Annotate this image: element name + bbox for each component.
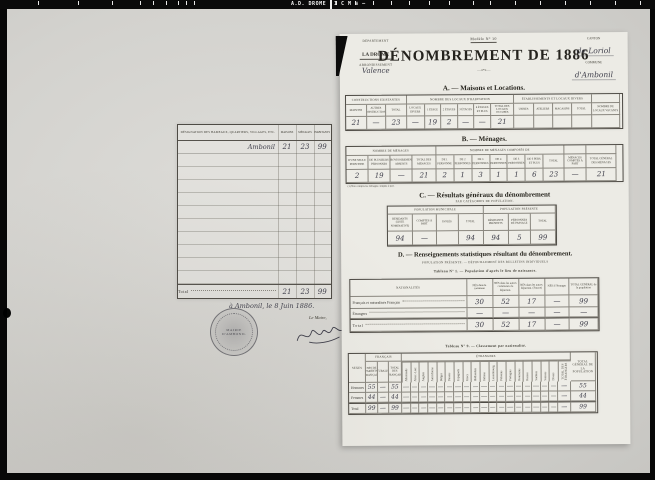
commune-label: COMMUNE bbox=[564, 60, 624, 64]
census-value: 21 bbox=[491, 116, 515, 129]
empty-row bbox=[178, 193, 331, 206]
column-header: TOTAL bbox=[458, 214, 483, 231]
census-total-value bbox=[420, 402, 429, 413]
census-total-value bbox=[454, 402, 463, 413]
census-value bbox=[515, 382, 524, 392]
canton-name: de Loriol bbox=[574, 46, 614, 56]
census-total-value bbox=[506, 402, 515, 413]
census-value bbox=[572, 115, 591, 128]
census-total-value: — bbox=[378, 403, 389, 414]
nationality-column-header: Suédois bbox=[532, 361, 541, 382]
section-c-title: C. — Résultats généraux du dénombrement bbox=[341, 190, 629, 200]
empty-row bbox=[178, 232, 331, 245]
column-header: AUTRES CONSTRUCTIONS bbox=[367, 105, 386, 117]
census-total-value: — bbox=[545, 317, 570, 330]
hamlet-name: Ambonil bbox=[178, 141, 278, 153]
census-value bbox=[402, 383, 411, 393]
census-value: — bbox=[565, 168, 587, 181]
census-value bbox=[541, 392, 550, 402]
census-value: 1 bbox=[508, 169, 526, 182]
census-value: 99 bbox=[531, 231, 556, 245]
hamlet-row: Ambonil 212399 bbox=[178, 141, 331, 154]
census-value: 2 bbox=[347, 170, 369, 183]
census-total-value: 99 bbox=[367, 403, 378, 414]
column-header: TOTAL GÉNÉRAL de la population bbox=[570, 278, 599, 295]
nationality-column-header: Roumains bbox=[515, 361, 524, 382]
archive-label: A.D. DROME bbox=[291, 1, 326, 7]
column-header: NOMBRE DE LOCAUX VACANTS bbox=[592, 103, 621, 115]
column-header: 2 ÉTAGES bbox=[441, 104, 458, 116]
column-header: 4 ÉTAGES ET PLUS bbox=[474, 104, 491, 116]
census-value bbox=[550, 391, 559, 401]
hamlet-total-value: 23 bbox=[296, 285, 314, 298]
hamlet-table-header: DÉSIGNATION DES HAMEAUX, QUARTIERS, VILL… bbox=[178, 125, 331, 141]
census-value bbox=[463, 382, 472, 392]
census-value bbox=[471, 382, 480, 392]
census-value: — bbox=[570, 307, 599, 317]
column-header: TOTAL bbox=[531, 214, 556, 231]
census-total-value bbox=[532, 402, 541, 413]
nationality-column-header: Hollandais bbox=[471, 361, 480, 382]
column-header: NÉS dans les autres communes du départem… bbox=[493, 279, 519, 296]
census-form-page: DÉPARTEMENT LA DROME ARRONDISSEMENT Vale… bbox=[340, 32, 631, 446]
row-label: Hommes bbox=[349, 383, 366, 393]
empty-row bbox=[178, 154, 331, 167]
census-value bbox=[549, 381, 558, 391]
stamp-line2: D'AMBONIL bbox=[222, 332, 246, 336]
group-header: POPULATION MUNICIPALE bbox=[388, 206, 484, 215]
census-value: 19 bbox=[425, 116, 442, 129]
census-value bbox=[498, 392, 507, 402]
film-clip-shadow bbox=[336, 36, 348, 76]
tableau9-title: Tableau N° 9. — Classement par nationali… bbox=[342, 343, 630, 349]
hamlet-total-value: 99 bbox=[314, 285, 331, 298]
group-header bbox=[586, 145, 616, 154]
commune-name: d'Ambonil bbox=[572, 70, 616, 80]
column-header: NÉS à l'étranger bbox=[545, 278, 570, 295]
census-value: 2 bbox=[436, 169, 454, 182]
census-value: — bbox=[545, 307, 570, 317]
nationality-column-header: Grecs bbox=[463, 361, 472, 382]
arrondissement-name: Valence bbox=[346, 67, 406, 75]
microfilm-scan: A.D. DROME I C M ≡ — DÉSIGNATION DES HAM… bbox=[0, 0, 655, 480]
census-total-value bbox=[446, 402, 455, 413]
census-total-value bbox=[437, 402, 446, 413]
column-header: TOTAL DES LOCAUX OCCUPÉS bbox=[491, 104, 515, 116]
census-value: 55 bbox=[366, 383, 377, 393]
census-value bbox=[463, 392, 472, 402]
census-value bbox=[437, 392, 446, 402]
census-total-value: — bbox=[558, 401, 571, 412]
census-value bbox=[445, 382, 454, 392]
census-total-value: 99 bbox=[570, 317, 599, 330]
census-total-value bbox=[515, 402, 524, 413]
title-ornament: —«•»— bbox=[340, 66, 628, 73]
census-value: 5 bbox=[509, 231, 531, 245]
census-value: 23 bbox=[386, 117, 407, 130]
census-value bbox=[411, 382, 420, 392]
hamlet-column-header: HABITANTS bbox=[314, 125, 331, 140]
column-header: PERSONNES DE PASSAGE bbox=[509, 214, 531, 231]
hamlet-value: 23 bbox=[296, 141, 314, 153]
census-value bbox=[489, 382, 498, 392]
certification-date: à Ambonil, le 8 Juin 1886. bbox=[229, 302, 314, 310]
census-value: 30 bbox=[467, 296, 493, 308]
mayor-signature bbox=[294, 319, 349, 353]
empty-row bbox=[178, 167, 331, 180]
film-code-label: I C M ≡ — bbox=[334, 1, 366, 7]
column-header: DE 3 PERSONNES bbox=[472, 155, 490, 169]
group-header: FRANÇAIS bbox=[366, 354, 402, 362]
census-value: — bbox=[493, 308, 519, 318]
group-header: ÉTRANGERS bbox=[402, 352, 571, 361]
total-row-label: Total bbox=[349, 403, 366, 414]
department-block: DÉPARTEMENT LA DROME ARRONDISSEMENT Vale… bbox=[346, 39, 406, 75]
census-value bbox=[411, 392, 420, 402]
nationalites-header: NATIONALITÉS bbox=[350, 279, 467, 297]
section-d-subtitle: POPULATION PRÉSENTE. — DÉPOUILLEMENT DES… bbox=[341, 259, 629, 265]
census-value bbox=[480, 382, 489, 392]
census-value: 55 bbox=[389, 383, 402, 393]
census-value bbox=[532, 392, 541, 402]
census-value: — bbox=[545, 295, 570, 307]
tableau9-table: SEXES FRANÇAIS ÉTRANGERS TOTAL GÉNÉRAL D… bbox=[348, 351, 598, 415]
group-header: ÉTABLISSEMENTS ET LOCAUX DIVERS bbox=[514, 94, 591, 104]
canton-block: CANTON de Loriol COMMUNE d'Ambonil bbox=[564, 36, 624, 82]
census-value: 94 bbox=[388, 232, 413, 246]
column-header: NÉS DE PARENTS FRANÇAIS bbox=[366, 362, 378, 383]
tableau1-title: Tableau N° 1. — Population d'après le li… bbox=[341, 268, 629, 274]
section-c-subtitle: PAR CATÉGORIES DE POPULATION. bbox=[341, 198, 629, 204]
census-value bbox=[523, 382, 532, 392]
census-total-value: 52 bbox=[493, 318, 519, 331]
row-label: Femmes bbox=[349, 393, 366, 403]
census-value bbox=[532, 382, 541, 392]
census-value: — bbox=[519, 308, 545, 318]
column-header: NATURALISÉS bbox=[378, 362, 389, 383]
census-value bbox=[428, 392, 437, 402]
dotted-leader bbox=[369, 311, 464, 313]
dotted-leader bbox=[191, 290, 276, 291]
census-total-value bbox=[402, 403, 411, 414]
section-a-table: CONSTRUCTIONS EXISTANTES NOMBRE DES LOCA… bbox=[345, 93, 623, 131]
group-header: NOMBRE DES LOCAUX D'HABITATION bbox=[407, 95, 515, 105]
census-value: 44 bbox=[389, 393, 402, 403]
row-label: Français et naturalisés Français bbox=[350, 296, 467, 309]
dotted-leader bbox=[365, 323, 464, 325]
group-header: NOMBRE DE MÉNAGES bbox=[346, 146, 436, 156]
census-value: 19 bbox=[369, 170, 391, 183]
film-ruler-bar: A.D. DROME I C M ≡ — bbox=[0, 0, 655, 9]
column-header: TOTAL GÉNÉRAL DES MÉNAGES bbox=[586, 154, 616, 168]
census-total-value: 99 bbox=[571, 401, 596, 412]
empty-row bbox=[178, 219, 331, 232]
hamlet-total-value: 21 bbox=[278, 285, 296, 298]
group-header: CONSTRUCTIONS EXISTANTES bbox=[346, 96, 407, 105]
column-header: TOTAL bbox=[544, 154, 565, 168]
stamp-line1: MAIRIE bbox=[226, 328, 241, 332]
section-c-table: POPULATION MUNICIPALE POPULATION PRÉSENT… bbox=[387, 204, 557, 246]
column-header: MÉNAGES COMPTÉS À PART bbox=[564, 154, 586, 168]
census-value bbox=[497, 382, 506, 392]
census-value bbox=[402, 393, 411, 403]
census-value bbox=[437, 382, 446, 392]
column-header: TOTAL DES FRANÇAIS bbox=[389, 362, 403, 383]
row-label-text: Français et naturalisés Français bbox=[352, 300, 400, 304]
group-header bbox=[564, 145, 586, 154]
census-total-value bbox=[541, 402, 550, 413]
column-header: USINES bbox=[514, 104, 533, 116]
nationality-column-header: Divers bbox=[549, 360, 558, 381]
census-value bbox=[541, 382, 550, 392]
film-edge-nick bbox=[3, 308, 11, 318]
hamlet-column-header: MÉNAGES bbox=[296, 125, 314, 140]
empty-row bbox=[178, 258, 331, 271]
tableau1-table: NATIONALITÉS NÉS dans la communeNÉS dans… bbox=[349, 277, 599, 333]
census-total-value: 99 bbox=[389, 403, 402, 414]
census-value: 23 bbox=[544, 168, 565, 181]
census-total-value bbox=[498, 402, 507, 413]
nationality-column-header: Portugais bbox=[506, 361, 515, 382]
census-value bbox=[480, 392, 489, 402]
column-header: TOTAL bbox=[386, 105, 407, 117]
census-value bbox=[534, 116, 553, 129]
column-header: TOTAL bbox=[572, 103, 591, 115]
nationality-column-header: Suisses bbox=[541, 361, 550, 382]
census-value bbox=[553, 115, 572, 128]
nationality-column-header: Autrichiens bbox=[428, 361, 437, 382]
nationality-column-header: Belges bbox=[437, 361, 446, 382]
sexes-header: SEXES bbox=[349, 354, 367, 383]
census-total-value bbox=[524, 402, 533, 413]
census-total-value bbox=[489, 402, 498, 413]
designation-header: DÉSIGNATION DES HAMEAUX, QUARTIERS, VILL… bbox=[178, 125, 278, 140]
form-title: DÉNOMBREMENT DE 1886 bbox=[340, 47, 628, 66]
row-label-text: Étrangers bbox=[353, 311, 368, 315]
census-value bbox=[524, 392, 533, 402]
census-value: 44 bbox=[366, 393, 377, 403]
column-header: TOTAL DES MÉNAGES bbox=[413, 155, 437, 169]
census-value: — bbox=[378, 383, 389, 393]
column-header: RÉSIDANTS (LISTE NOMINATIVE) bbox=[388, 215, 413, 232]
census-total-value bbox=[428, 402, 437, 413]
section-a-title: A. — Maisons et Locations. bbox=[340, 83, 628, 93]
census-value bbox=[428, 382, 437, 392]
empty-row bbox=[178, 206, 331, 219]
section-b-footnote: (1) Non compris les ménages comptés à pa… bbox=[348, 185, 395, 188]
census-value bbox=[437, 231, 459, 245]
hamlet-table: DÉSIGNATION DES HAMEAUX, QUARTIERS, VILL… bbox=[177, 124, 332, 299]
census-value bbox=[489, 392, 498, 402]
nationality-column-header: TOTAL DES ÉTRANGERS bbox=[558, 360, 571, 381]
column-header: 1 ÉTAGE bbox=[425, 104, 442, 116]
nationality-column-header: Danois bbox=[445, 361, 454, 382]
ruler-ticks-left bbox=[38, 1, 39, 5]
nationality-column-header: Polonais bbox=[497, 361, 506, 382]
census-value: 3 bbox=[472, 169, 490, 182]
film-divider-bar bbox=[330, 0, 332, 9]
section-d-title: D. — Renseignements statistiques résulta… bbox=[341, 250, 629, 259]
census-value bbox=[506, 392, 515, 402]
census-value bbox=[419, 382, 428, 392]
census-value: — bbox=[474, 116, 491, 129]
census-value: — bbox=[378, 393, 389, 403]
census-value: 94 bbox=[458, 231, 483, 245]
section-b-title: B. — Ménages. bbox=[340, 134, 628, 144]
department-label: DÉPARTEMENT bbox=[346, 39, 406, 43]
hamlet-column-header: MAISONS bbox=[278, 125, 296, 140]
census-value bbox=[592, 115, 621, 128]
census-value: 1 bbox=[490, 169, 508, 182]
empty-row bbox=[178, 180, 331, 193]
census-value: 6 bbox=[526, 169, 544, 182]
census-total-value: 17 bbox=[519, 318, 545, 331]
arrondissement-label: ARRONDISSEMENT bbox=[346, 63, 406, 67]
census-value: — bbox=[367, 117, 386, 130]
column-header: COMPTÉS À PART bbox=[413, 214, 437, 231]
census-value bbox=[514, 116, 533, 129]
column-header: MAGASINS bbox=[553, 103, 572, 115]
column-header: DE 2 PERSONNES bbox=[454, 155, 472, 169]
nationality-column-header: Allemands bbox=[402, 362, 411, 383]
form-model-number: Modèle N° 10 bbox=[340, 36, 628, 42]
hamlet-value: 99 bbox=[314, 141, 331, 153]
nationality-column-header: Italiens bbox=[480, 361, 489, 382]
section-b-table: NOMBRE DE MÉNAGES NOMBRE DE MÉNAGES COMP… bbox=[345, 144, 623, 184]
census-value bbox=[419, 392, 428, 402]
census-value: — bbox=[458, 116, 475, 129]
mairie-stamp: MAIRIE D'AMBONIL bbox=[210, 308, 258, 356]
census-value: 17 bbox=[519, 296, 545, 308]
column-header: DE 4 PERSONNES bbox=[490, 155, 508, 169]
hamlet-value: 21 bbox=[278, 141, 296, 153]
census-value: 2 bbox=[441, 116, 458, 129]
nationality-column-header: Luxembourg. bbox=[489, 361, 498, 382]
census-value: 99 bbox=[570, 295, 599, 307]
group-header: POPULATION PRÉSENTE bbox=[483, 206, 555, 215]
dotted-leader bbox=[402, 300, 464, 301]
census-value: 55 bbox=[571, 381, 596, 391]
column-header: MAISONS bbox=[346, 105, 367, 117]
census-value: 21 bbox=[413, 169, 437, 182]
column-header: DE 5 PERSONNES bbox=[508, 155, 526, 169]
column-header: PROVISOIREMENT ABSENTS bbox=[391, 156, 413, 170]
total-general-header: TOTAL GÉNÉRAL DE LA POPULATION bbox=[571, 352, 596, 381]
hamlet-total-row: Total 212399 bbox=[178, 284, 331, 298]
census-value bbox=[445, 392, 454, 402]
nationality-column-header: Russes bbox=[523, 361, 532, 382]
census-total-value: 30 bbox=[467, 318, 493, 331]
total-label: Total bbox=[178, 289, 189, 294]
column-header: DE 1 PERSONNE bbox=[436, 155, 454, 169]
census-value: — bbox=[407, 116, 425, 129]
empty-row bbox=[178, 245, 331, 258]
group-header bbox=[592, 94, 621, 103]
census-value bbox=[454, 382, 463, 392]
column-header: DE 6 PERS. ET PLUS bbox=[526, 155, 544, 169]
census-value: 44 bbox=[571, 391, 596, 401]
census-value: — bbox=[413, 231, 437, 245]
model-text: Modèle N° 10 bbox=[470, 37, 496, 43]
column-header: ATELIERS bbox=[534, 104, 553, 116]
census-value bbox=[515, 392, 524, 402]
census-value: 1 bbox=[454, 169, 472, 182]
nationality-column-header: Anglais bbox=[419, 361, 428, 382]
census-value: 21 bbox=[346, 117, 367, 130]
canton-label: CANTON bbox=[564, 36, 624, 40]
census-value bbox=[472, 392, 481, 402]
census-total-value bbox=[480, 402, 489, 413]
census-value bbox=[506, 382, 515, 392]
census-value: 94 bbox=[484, 231, 509, 245]
census-value: 52 bbox=[493, 296, 519, 308]
column-header: 3 ÉTAGES bbox=[458, 104, 475, 116]
census-value: — bbox=[558, 381, 571, 391]
census-value: 21 bbox=[587, 168, 617, 181]
nationality-column-header: Alsac.-Lorr. bbox=[411, 361, 420, 382]
nationality-column-header: Espagnols bbox=[454, 361, 463, 382]
document-sheet: DÉSIGNATION DES HAMEAUX, QUARTIERS, VILL… bbox=[7, 9, 650, 473]
row-label: Étrangers bbox=[350, 308, 467, 319]
census-total-value bbox=[411, 402, 420, 413]
census-value: — bbox=[558, 391, 571, 401]
mayor-label: Le Maire, bbox=[309, 315, 327, 320]
column-header: NÉS dans les autres départem. (France) bbox=[519, 279, 545, 296]
column-header: D'UNE SEULE PERSONNE bbox=[346, 156, 368, 170]
census-total-value bbox=[472, 402, 481, 413]
column-header: RÉSIDANTS PRÉSENTS bbox=[484, 214, 509, 231]
department-name: LA DROME bbox=[360, 53, 391, 60]
census-value: — bbox=[391, 170, 413, 183]
census-total-value bbox=[550, 401, 559, 412]
column-header: DE PLUSIEURS PERSONNES bbox=[368, 156, 390, 170]
empty-row bbox=[178, 271, 331, 284]
group-header: NOMBRE DE MÉNAGES COMPOSÉS DE bbox=[436, 145, 564, 155]
column-header: NÉS dans la commune bbox=[467, 279, 493, 296]
column-header: ISOLÉS bbox=[437, 214, 459, 231]
column-header: LOCAUX DIVERS bbox=[407, 104, 425, 116]
census-value: — bbox=[467, 308, 493, 318]
total-label-text: Total bbox=[353, 323, 364, 328]
total-row-label: Total bbox=[351, 318, 468, 332]
census-value bbox=[454, 392, 463, 402]
census-total-value bbox=[463, 402, 472, 413]
